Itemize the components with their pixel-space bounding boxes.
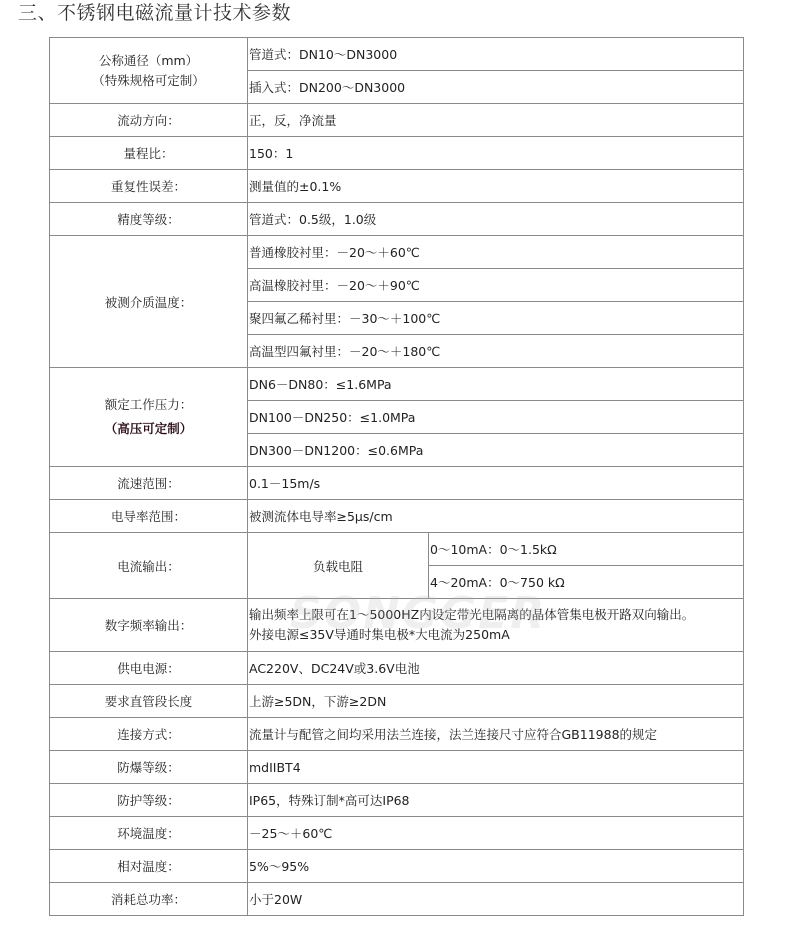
- medium-temperature-value: 聚四氟乙稀衬里：－30～＋100℃: [248, 302, 744, 335]
- label-line: （特殊规格可定制）: [50, 71, 247, 91]
- label-line: 额定工作压力：: [50, 395, 247, 415]
- medium-temperature-value: 高温橡胶衬里：－20～＋90℃: [248, 269, 744, 302]
- current-output-label: 电流输出：: [50, 533, 248, 599]
- table-row: 量程比： 150：1: [50, 137, 744, 170]
- table-row: 供电电源： AC220V、DC24V或3.6V电池: [50, 652, 744, 685]
- current-output-value: 4～20mA：0～750 kΩ: [429, 566, 744, 599]
- frequency-output-line: 外接电源≤35V导通时集电极*大电流为250mA: [249, 625, 743, 645]
- ambient-temperature-label: 环境温度：: [50, 817, 248, 850]
- flow-direction-value: 正，反，净流量: [248, 104, 744, 137]
- relative-humidity-value: 5%～95%: [248, 850, 744, 883]
- rated-pressure-value: DN300－DN1200：≤0.6MPa: [248, 434, 744, 467]
- nominal-diameter-value: 管道式：DN10～DN3000: [248, 38, 744, 71]
- flow-direction-label: 流动方向：: [50, 104, 248, 137]
- table-row: 额定工作压力： （高压可定制） DN6－DN80：≤1.6MPa: [50, 368, 744, 401]
- accuracy-value: 管道式：0.5级，1.0级: [248, 203, 744, 236]
- table-row: 重复性误差： 测量值的±0.1%: [50, 170, 744, 203]
- protection-value: IP65，特殊订制*高可达IP68: [248, 784, 744, 817]
- label-line: 公称通径（mm）: [50, 51, 247, 71]
- table-row: 电流输出： 负载电阻 0～10mA：0～1.5kΩ: [50, 533, 744, 566]
- frequency-output-label: 数字频率输出：: [50, 599, 248, 652]
- repeatability-label: 重复性误差：: [50, 170, 248, 203]
- rated-pressure-value: DN6－DN80：≤1.6MPa: [248, 368, 744, 401]
- conductivity-label: 电导率范围：: [50, 500, 248, 533]
- nominal-diameter-label: 公称通径（mm） （特殊规格可定制）: [50, 38, 248, 104]
- custom-high-pressure-note: （高压可定制）: [50, 419, 247, 439]
- connection-label: 连接方式：: [50, 718, 248, 751]
- table-row: 防护等级： IP65，特殊订制*高可达IP68: [50, 784, 744, 817]
- rated-pressure-value: DN100－DN250：≤1.0MPa: [248, 401, 744, 434]
- load-resistance-label: 负载电阻: [248, 533, 429, 599]
- table-row: 消耗总功率： 小于20W: [50, 883, 744, 916]
- velocity-range-label: 流速范围：: [50, 467, 248, 500]
- power-supply-value: AC220V、DC24V或3.6V电池: [248, 652, 744, 685]
- explosion-proof-value: mdIIBT4: [248, 751, 744, 784]
- table-row: 要求直管段长度 上游≥5DN，下游≥2DN: [50, 685, 744, 718]
- table-row: 防爆等级： mdIIBT4: [50, 751, 744, 784]
- explosion-proof-label: 防爆等级：: [50, 751, 248, 784]
- power-consumption-value: 小于20W: [248, 883, 744, 916]
- nominal-diameter-value: 插入式：DN200～DN3000: [248, 71, 744, 104]
- table-row: 流速范围： 0.1－15m/s: [50, 467, 744, 500]
- conductivity-value: 被测流体电导率≥5μs/cm: [248, 500, 744, 533]
- table-row: 公称通径（mm） （特殊规格可定制） 管道式：DN10～DN3000: [50, 38, 744, 71]
- straight-pipe-label: 要求直管段长度: [50, 685, 248, 718]
- connection-value: 流量计与配管之间均采用法兰连接，法兰连接尺寸应符合GB11988的规定: [248, 718, 744, 751]
- velocity-range-value: 0.1－15m/s: [248, 467, 744, 500]
- range-ratio-label: 量程比：: [50, 137, 248, 170]
- ambient-temperature-value: －25～＋60℃: [248, 817, 744, 850]
- current-output-value: 0～10mA：0～1.5kΩ: [429, 533, 744, 566]
- power-supply-label: 供电电源：: [50, 652, 248, 685]
- protection-label: 防护等级：: [50, 784, 248, 817]
- frequency-output-value: 输出频率上限可在1～5000HZ内设定带光电隔离的晶体管集电极开路双向输出。 外…: [248, 599, 744, 652]
- straight-pipe-value: 上游≥5DN，下游≥2DN: [248, 685, 744, 718]
- table-row: 相对温度： 5%～95%: [50, 850, 744, 883]
- table-row: 被测介质温度： 普通橡胶衬里：－20～＋60℃: [50, 236, 744, 269]
- table-row: 连接方式： 流量计与配管之间均采用法兰连接，法兰连接尺寸应符合GB11988的规…: [50, 718, 744, 751]
- relative-humidity-label: 相对温度：: [50, 850, 248, 883]
- range-ratio-value: 150：1: [248, 137, 744, 170]
- table-row: 电导率范围： 被测流体电导率≥5μs/cm: [50, 500, 744, 533]
- repeatability-value: 测量值的±0.1%: [248, 170, 744, 203]
- medium-temperature-value: 普通橡胶衬里：－20～＋60℃: [248, 236, 744, 269]
- table-row: 数字频率输出： 输出频率上限可在1～5000HZ内设定带光电隔离的晶体管集电极开…: [50, 599, 744, 652]
- table-row: 流动方向： 正，反，净流量: [50, 104, 744, 137]
- table-row: 环境温度： －25～＋60℃: [50, 817, 744, 850]
- section-title: 三、不锈钢电磁流量计技术参数: [18, 0, 291, 26]
- spec-table: 公称通径（mm） （特殊规格可定制） 管道式：DN10～DN3000 插入式：D…: [49, 37, 744, 916]
- table-row: 精度等级： 管道式：0.5级，1.0级: [50, 203, 744, 236]
- accuracy-label: 精度等级：: [50, 203, 248, 236]
- medium-temperature-label: 被测介质温度：: [50, 236, 248, 368]
- medium-temperature-value: 高温型四氟衬里：－20～＋180℃: [248, 335, 744, 368]
- frequency-output-line: 输出频率上限可在1～5000HZ内设定带光电隔离的晶体管集电极开路双向输出。: [249, 605, 743, 625]
- power-consumption-label: 消耗总功率：: [50, 883, 248, 916]
- rated-pressure-label: 额定工作压力： （高压可定制）: [50, 368, 248, 467]
